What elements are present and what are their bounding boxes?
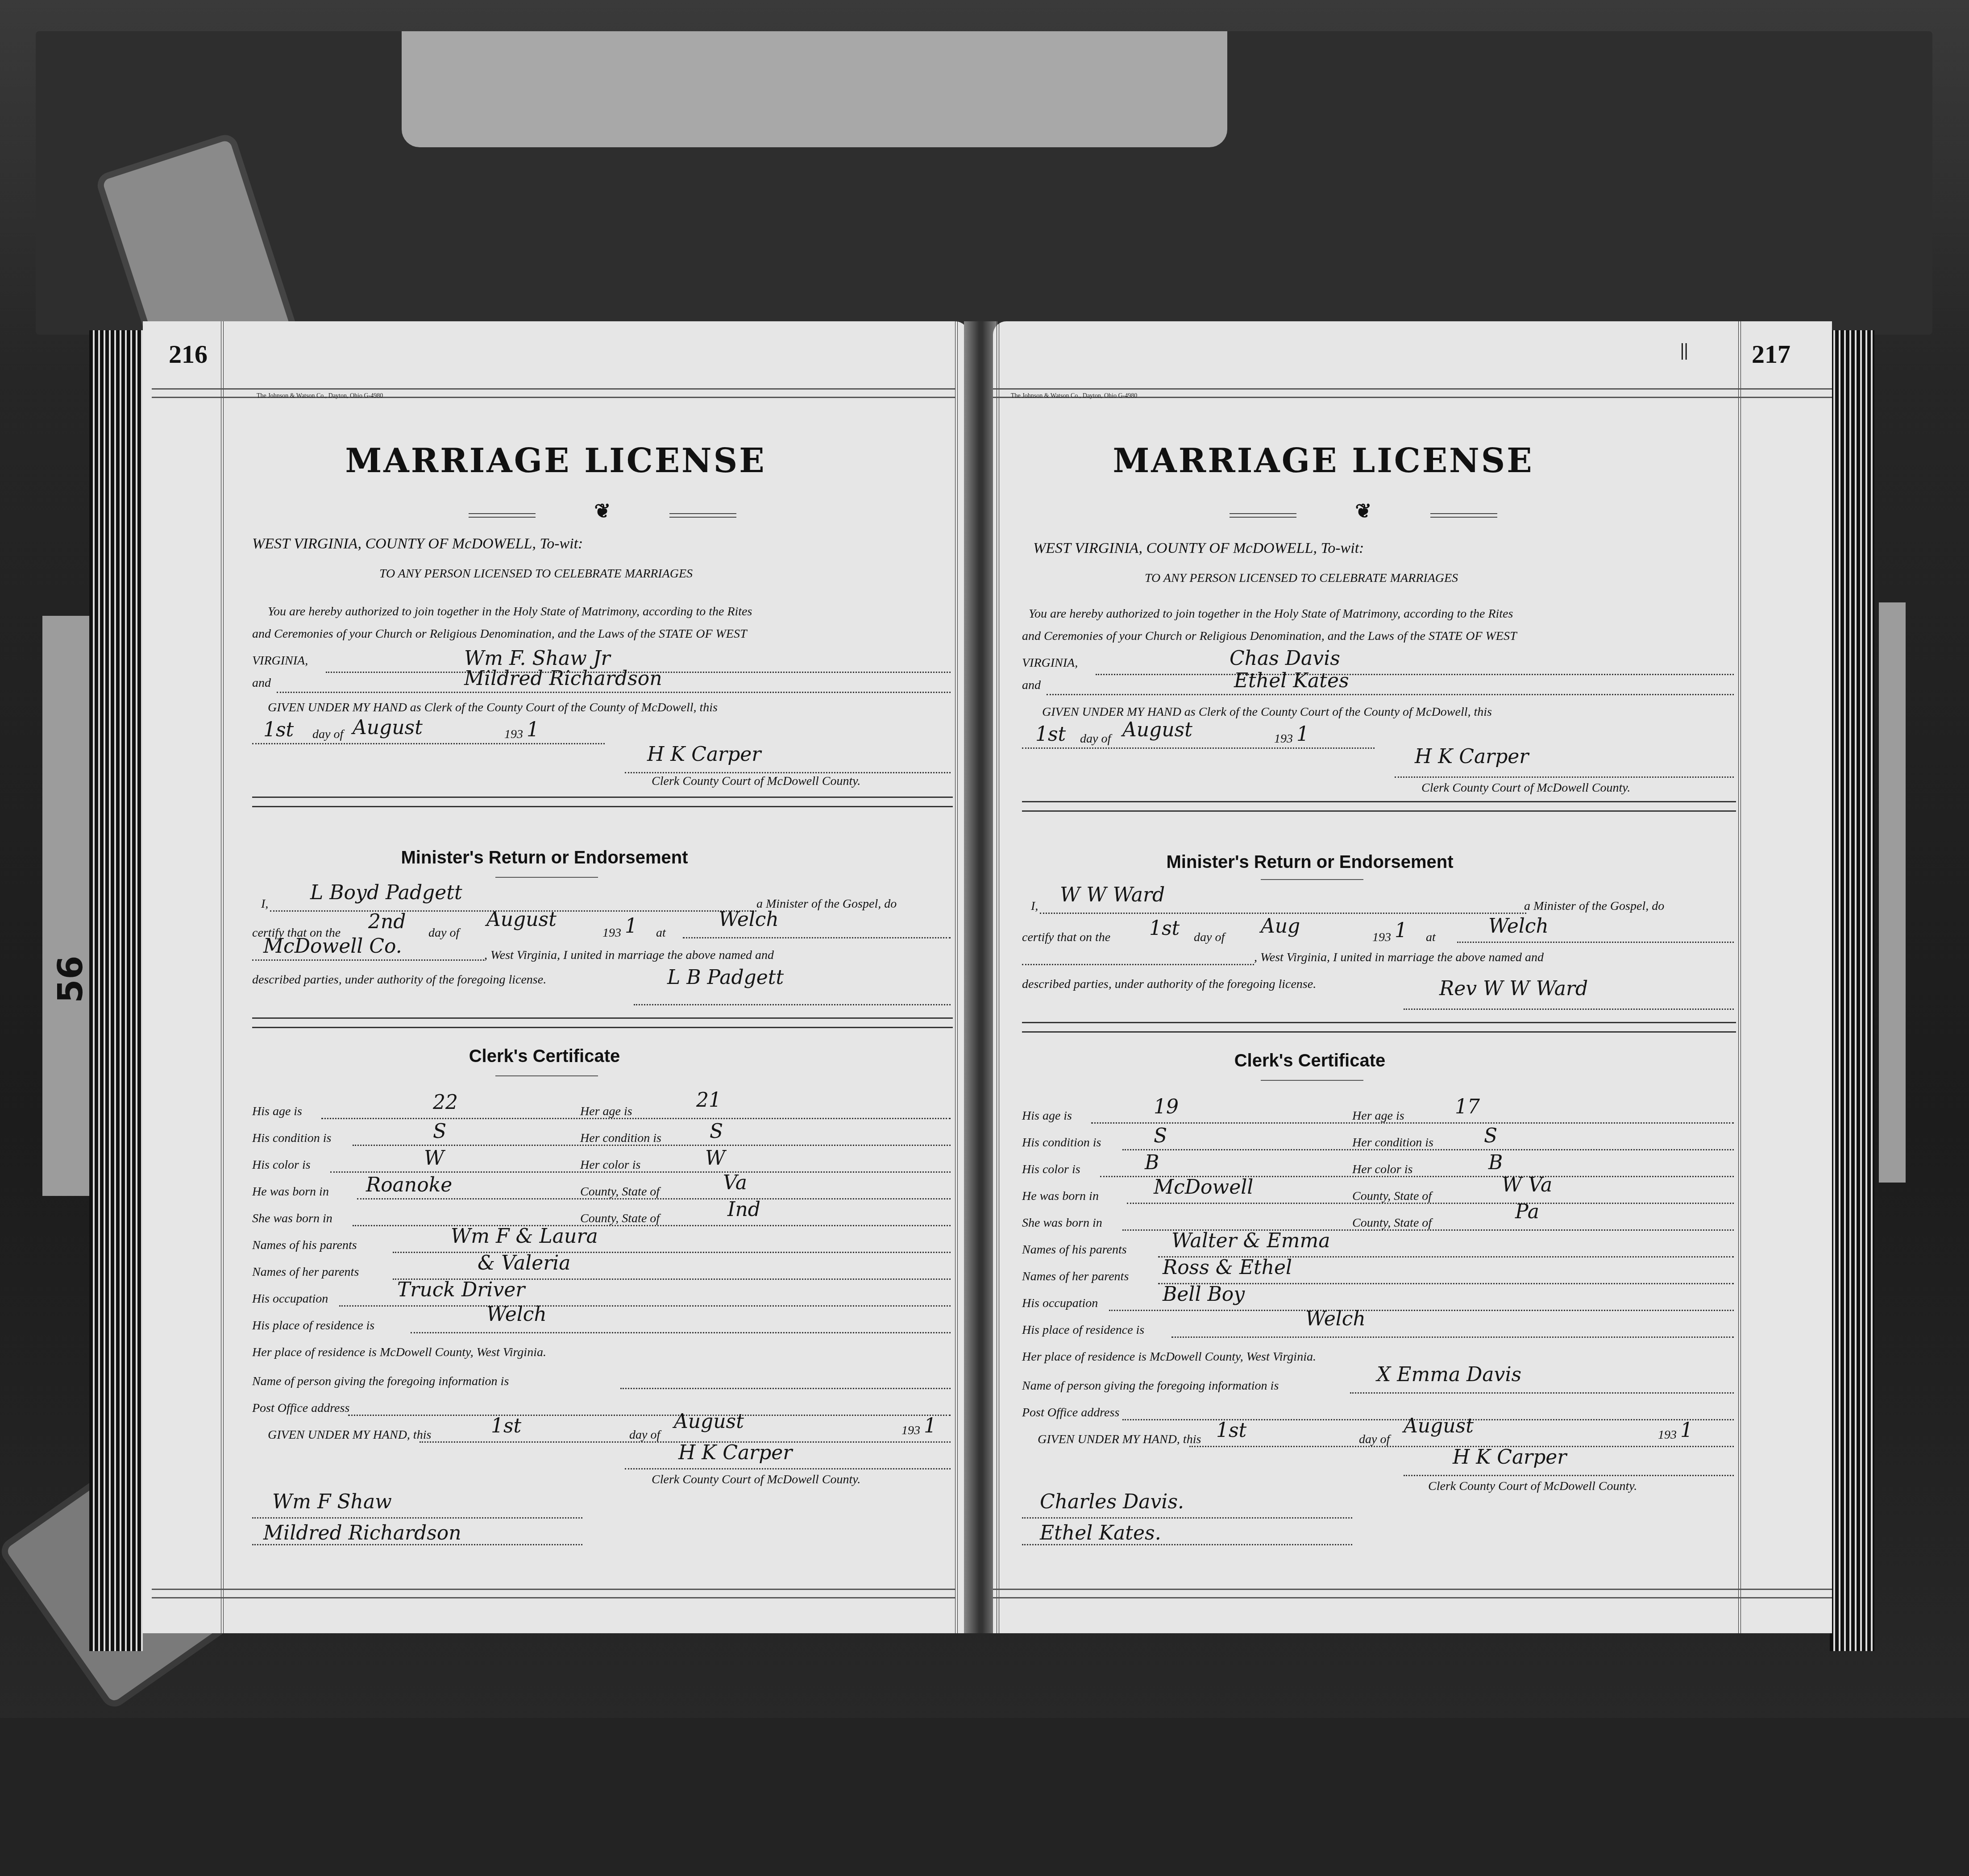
heading-rule (495, 1075, 598, 1076)
given-line: GIVEN UNDER MY HAND as Clerk of the Coun… (268, 701, 718, 715)
informant-label: Name of person giving the foregoing info… (252, 1374, 509, 1389)
section-divider (252, 1017, 953, 1028)
post-office-line (348, 1415, 951, 1416)
jurisdiction-line: WEST VIRGINIA, COUNTY OF McDOWELL, To-wi… (252, 535, 583, 552)
clerk-line (1395, 776, 1734, 778)
day-of-label: day of (428, 926, 459, 940)
applicant-line (1022, 1544, 1352, 1545)
year-suffix: 1 (527, 718, 539, 741)
book-gutter (964, 321, 997, 1633)
given-day: 1st (491, 1415, 521, 1437)
his-age: 19 (1154, 1096, 1179, 1118)
ceremony-place: Welch (1488, 915, 1549, 938)
his-residence: Welch (486, 1303, 547, 1326)
he-born-state: W Va (1502, 1174, 1552, 1196)
his-residence-label: His place of residence is (1022, 1323, 1144, 1337)
minister-day: 2nd (368, 910, 406, 933)
background-card (402, 31, 1227, 147)
fleuron-icon: ❦ (536, 500, 669, 523)
residence-line (1171, 1336, 1734, 1338)
his-color-label: His color is (1022, 1162, 1080, 1177)
her-residence-text: Her place of residence is McDowell Count… (1022, 1350, 1316, 1364)
county-line (1022, 964, 1254, 965)
given-label: GIVEN UNDER MY HAND, this (268, 1428, 431, 1442)
her-color-label: Her color is (580, 1158, 640, 1172)
certificate-heading: Clerk's Certificate (1109, 1051, 1511, 1071)
her-condition-label: Her condition is (1352, 1136, 1433, 1150)
applicant-line (1022, 1517, 1352, 1519)
color-line (330, 1171, 951, 1173)
county-state-label: County, State of (1352, 1216, 1432, 1230)
clerk-signature: H K Carper (678, 1441, 792, 1464)
condition-line (1122, 1149, 1734, 1150)
year-prefix: 193 (1658, 1428, 1677, 1442)
year-suffix: 1 (1296, 723, 1309, 746)
year-suffix: 1 (1395, 919, 1407, 942)
his-color-label: His color is (252, 1158, 311, 1172)
day-of-label: day of (629, 1428, 660, 1442)
his-parents: Walter & Emma (1171, 1229, 1330, 1252)
occupation: Bell Boy (1163, 1283, 1245, 1306)
occupation-label: His occupation (1022, 1296, 1098, 1311)
his-condition-label: His condition is (252, 1131, 331, 1146)
bride-line (277, 692, 951, 693)
clerk-caption: Clerk County Court of McDowell County. (652, 774, 860, 789)
given-month: August (1404, 1415, 1474, 1437)
bride-line (1047, 694, 1734, 695)
applicant-signature-groom: Wm F Shaw (272, 1490, 392, 1513)
groom-name: Wm F. Shaw Jr (464, 647, 611, 670)
groom-name: Chas Davis (1230, 647, 1340, 670)
clerk-signature: H K Carper (1415, 745, 1529, 768)
license-body-2: and Ceremonies of your Church or Religio… (1022, 629, 1517, 643)
her-condition: S (710, 1120, 723, 1143)
his-color: W (424, 1147, 444, 1170)
he-born-line (357, 1198, 951, 1199)
fleuron-icon: ❦ (1296, 500, 1430, 523)
her-age: 21 (696, 1089, 721, 1112)
place-line (683, 937, 951, 938)
margin-rule (997, 321, 999, 1633)
his-residence-label: His place of residence is (252, 1319, 374, 1333)
printer-imprint: The Johnson & Watson Co., Dayton, Ohio G… (1011, 393, 1137, 400)
his-parents: Wm F & Laura (451, 1225, 598, 1248)
day-of-label: day of (312, 727, 343, 742)
applicant-signature-bride: Ethel Kates. (1040, 1522, 1161, 1544)
certificate-heading: Clerk's Certificate (344, 1046, 745, 1067)
ledger-page-217: || 217 The Johnson & Watson Co., Dayton,… (993, 321, 1832, 1633)
her-age-label: Her age is (580, 1104, 632, 1119)
her-color: W (705, 1147, 725, 1170)
license-body-1: You are hereby authorized to join togeth… (268, 605, 752, 619)
license-day: 1st (263, 718, 294, 741)
margin-rule (221, 321, 224, 1633)
page-number: 217 (1752, 339, 1790, 369)
heading-rule (1261, 1080, 1363, 1081)
license-month: August (353, 716, 423, 739)
given-label: GIVEN UNDER MY HAND, this (1038, 1432, 1201, 1447)
minister-name: W W Ward (1060, 884, 1165, 906)
minister-signature-line (1404, 1009, 1734, 1010)
place-line (1457, 942, 1734, 943)
license-month: August (1122, 718, 1192, 741)
his-age: 22 (433, 1091, 458, 1114)
clerk-caption: Clerk County Court of McDowell County. (652, 1473, 860, 1487)
groom-line (1096, 674, 1734, 675)
and-label: and (1022, 678, 1041, 693)
year-suffix: 1 (625, 915, 637, 938)
her-parents: Ross & Ethel (1163, 1256, 1292, 1279)
her-condition-label: Her condition is (580, 1131, 661, 1146)
and-label: and (252, 676, 271, 690)
volume-number: 56 (50, 956, 90, 1003)
age-line (1091, 1122, 1734, 1124)
post-office-label: Post Office address (252, 1401, 349, 1415)
county-state-label: County, State of (580, 1212, 660, 1226)
age-line (321, 1118, 951, 1119)
residence-line (411, 1332, 951, 1333)
informant-label: Name of person giving the foregoing info… (1022, 1379, 1279, 1393)
page-number: 216 (169, 339, 208, 369)
year-prefix: 193 (504, 727, 523, 742)
her-parents-label: Names of her parents (252, 1265, 359, 1279)
year-prefix: 193 (602, 926, 621, 940)
year-suffix: 1 (1680, 1419, 1693, 1442)
section-divider (1022, 1022, 1736, 1033)
minister-heading: Minister's Return or Endorsement (1109, 852, 1511, 872)
minister-day: 1st (1149, 917, 1180, 940)
she-born-label: She was born in (252, 1212, 332, 1226)
condition-line (353, 1145, 951, 1146)
table-surface (0, 1718, 1969, 1876)
clerk-signature: H K Carper (647, 743, 761, 766)
year-prefix: 193 (901, 1424, 920, 1438)
jurisdiction-line: WEST VIRGINIA, COUNTY OF McDOWELL, To-wi… (1033, 540, 1364, 557)
her-parents-label: Names of her parents (1022, 1270, 1129, 1284)
page-edges-right (1830, 330, 1874, 1651)
post-office-label: Post Office address (1022, 1406, 1119, 1420)
day-of-label: day of (1194, 930, 1225, 945)
his-age-label: His age is (252, 1104, 302, 1119)
year-prefix: 193 (1372, 930, 1391, 945)
minister-name-line (1040, 913, 1526, 914)
she-born-line (353, 1225, 951, 1226)
his-age-label: His age is (1022, 1109, 1072, 1123)
clerk-line (625, 772, 951, 773)
license-body-2: and Ceremonies of your Church or Religio… (252, 627, 747, 641)
her-color: B (1488, 1151, 1503, 1174)
minister-name: L Boyd Padgett (310, 881, 462, 904)
occupation-line (1109, 1310, 1734, 1311)
day-of-label: day of (1080, 732, 1111, 746)
his-parents-label: Names of his parents (1022, 1243, 1127, 1257)
informant-line (620, 1388, 951, 1389)
described-text: described parties, under authority of th… (252, 973, 546, 987)
applicant-line (252, 1517, 582, 1519)
her-age: 17 (1455, 1096, 1480, 1118)
virginia-label: VIRGINIA, (1022, 656, 1078, 670)
virginia-label: VIRGINIA, (252, 654, 308, 668)
at-label: at (1426, 930, 1436, 945)
her-residence-text: Her place of residence is McDowell Count… (252, 1345, 546, 1360)
minister-month: August (486, 908, 557, 931)
given-day: 1st (1216, 1419, 1246, 1442)
heading-rule (495, 877, 598, 878)
minister-signature: Rev W W Ward (1439, 977, 1588, 1000)
he-born-county: McDowell (1154, 1176, 1253, 1199)
his-condition: S (1154, 1125, 1167, 1147)
minister-text: a Minister of the Gospel, do (1524, 899, 1664, 913)
minister-signature-line (634, 1004, 951, 1005)
year-prefix: 193 (1274, 732, 1293, 746)
section-divider (1022, 801, 1736, 812)
his-condition-label: His condition is (1022, 1136, 1101, 1150)
ledger-page-216: 216 The Johnson & Watson Co., Dayton, Oh… (143, 321, 968, 1633)
ceremony-county: McDowell Co. (263, 935, 402, 958)
his-condition: S (433, 1120, 446, 1143)
section-divider (252, 797, 953, 807)
his-color: B (1145, 1151, 1159, 1174)
she-born-state: Pa (1515, 1200, 1539, 1223)
her-age-label: Her age is (1352, 1109, 1404, 1123)
wv-text: , West Virginia, I united in marriage th… (1254, 950, 1544, 965)
footer-rule (993, 1589, 1832, 1598)
spine-tab-right (1879, 602, 1906, 1183)
occupation-line (339, 1305, 951, 1307)
her-parents: & Valeria (478, 1252, 571, 1274)
margin-rule (1738, 321, 1741, 1633)
described-text: described parties, under authority of th… (1022, 977, 1316, 992)
i-label: I, (261, 897, 268, 911)
address-line: TO ANY PERSON LICENSED TO CELEBRATE MARR… (1145, 571, 1458, 585)
he-born-label: He was born in (1022, 1189, 1099, 1204)
county-state-label: County, State of (1352, 1189, 1432, 1204)
date-line (1022, 747, 1375, 749)
wv-text: , West Virginia, I united in marriage th… (484, 948, 774, 963)
minister-month: Aug (1261, 915, 1300, 938)
applicant-signature-groom: Charles Davis. (1040, 1490, 1184, 1513)
minister-signature: L B Padgett (667, 966, 784, 989)
applicant-line (252, 1544, 582, 1545)
page-edges-left (89, 330, 143, 1651)
day-of-label: day of (1359, 1432, 1390, 1447)
printer-imprint: The Johnson & Watson Co., Dayton, Ohio G… (257, 393, 383, 400)
county-line (252, 959, 484, 961)
applicant-signature-bride: Mildred Richardson (263, 1522, 461, 1544)
license-day: 1st (1035, 723, 1066, 746)
he-born-line (1127, 1203, 1734, 1204)
footer-rule (152, 1589, 955, 1598)
date-line (252, 743, 605, 744)
clerk-signature: H K Carper (1453, 1446, 1566, 1469)
given-month: August (674, 1410, 744, 1433)
informant-line (1350, 1392, 1734, 1394)
her-color-label: Her color is (1352, 1162, 1412, 1177)
license-title: MARRIAGE LICENSE (254, 442, 857, 480)
corner-mark: || (1680, 339, 1688, 360)
margin-rule (955, 321, 958, 1633)
address-line: TO ANY PERSON LICENSED TO CELEBRATE MARR… (379, 567, 693, 581)
given-line: GIVEN UNDER MY HAND as Clerk of the Coun… (1042, 705, 1492, 719)
her-condition: S (1484, 1125, 1497, 1147)
heading-rule (1261, 879, 1363, 880)
spine-tab-left (42, 616, 91, 1196)
she-born-state: Ind (727, 1198, 760, 1221)
occupation-label: His occupation (252, 1292, 328, 1306)
at-label: at (656, 926, 666, 940)
clerk-caption: Clerk County Court of McDowell County. (1428, 1479, 1637, 1494)
clerk-line (1404, 1475, 1734, 1476)
license-title: MARRIAGE LICENSE (1022, 442, 1624, 480)
i-label: I, (1031, 899, 1038, 913)
ceremony-place: Welch (719, 908, 779, 931)
he-born-county: Roanoke (366, 1174, 452, 1196)
occupation: Truck Driver (397, 1278, 525, 1301)
he-born-label: He was born in (252, 1185, 329, 1199)
bride-name: Ethel Kates (1234, 669, 1349, 692)
clerk-caption: Clerk County Court of McDowell County. (1421, 781, 1630, 795)
his-parents-label: Names of his parents (252, 1238, 357, 1253)
county-state-label: County, State of (580, 1185, 660, 1199)
minister-heading: Minister's Return or Endorsement (344, 848, 745, 868)
his-parents-line (393, 1252, 951, 1253)
bride-name: Mildred Richardson (464, 667, 662, 690)
certify-label: certify that on the (1022, 930, 1110, 945)
clerk-line (625, 1468, 951, 1469)
license-body-1: You are hereby authorized to join togeth… (1029, 607, 1513, 621)
he-born-state: Va (723, 1171, 747, 1194)
his-residence: Welch (1305, 1307, 1366, 1330)
informant: X Emma Davis (1377, 1363, 1521, 1386)
she-born-label: She was born in (1022, 1216, 1102, 1230)
year-suffix: 1 (924, 1415, 936, 1437)
